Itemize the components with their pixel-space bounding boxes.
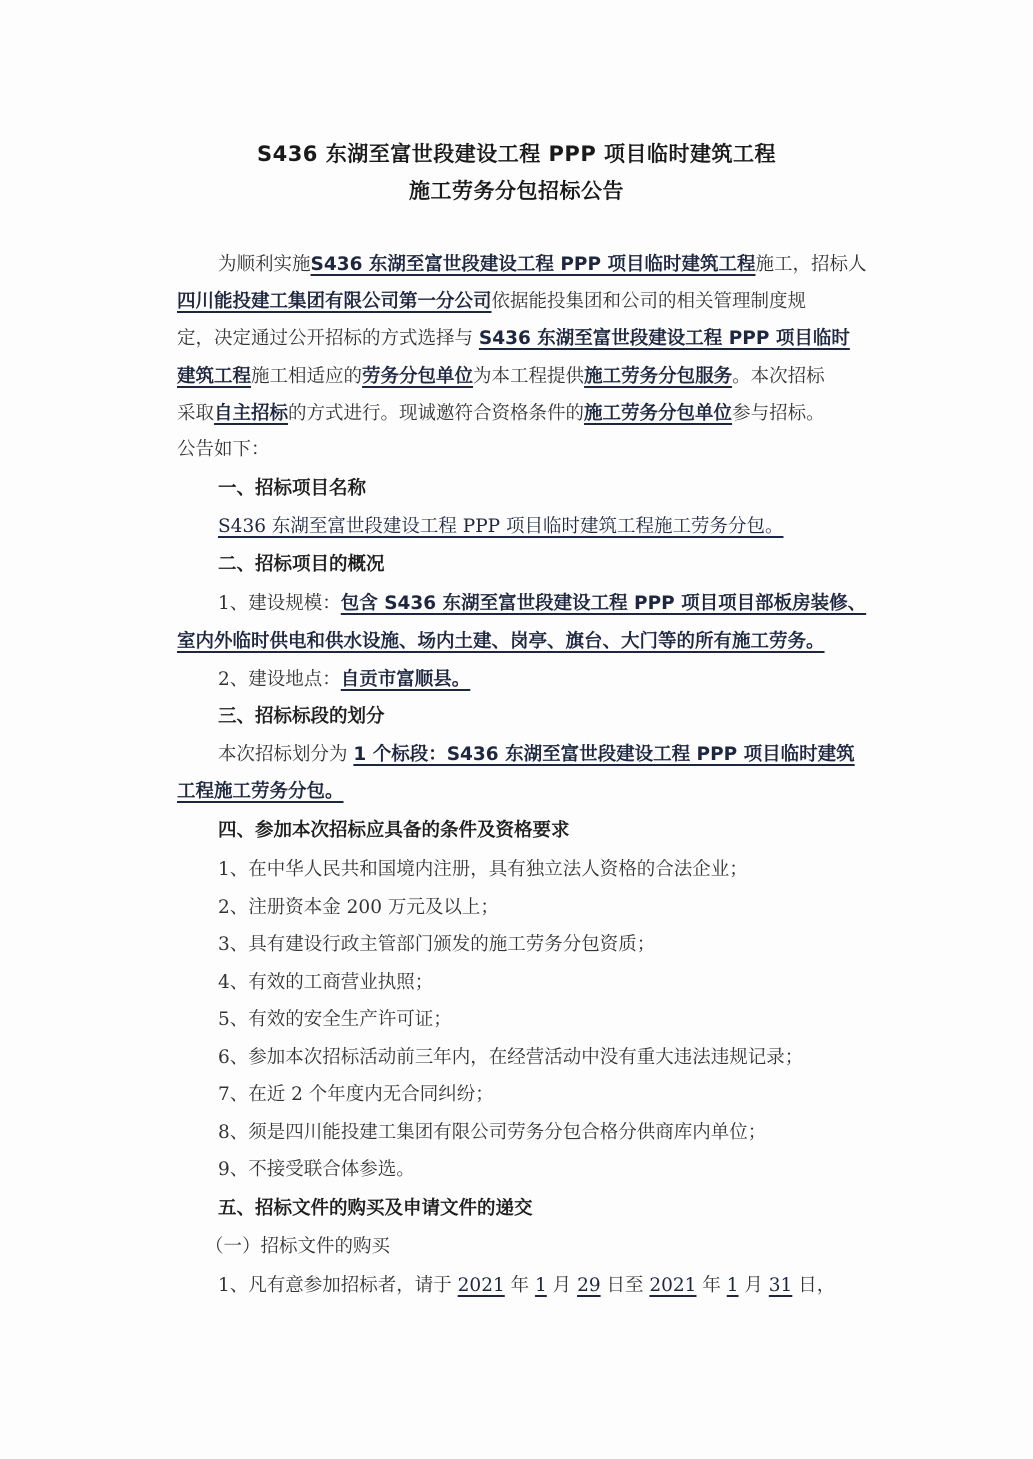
end-day: 31 (769, 1275, 793, 1296)
text: 月 (547, 1275, 577, 1296)
text: 年 (696, 1275, 726, 1296)
text: 1、凡有意参加招标者，请于 (218, 1275, 458, 1296)
requirement-item: 4、有效的工商营业执照； (218, 970, 898, 996)
text: 定，决定通过公开招标的方式选择与 (177, 328, 479, 349)
start-day: 29 (577, 1275, 601, 1296)
requirement-item: 2、注册资本金 200 万元及以上； (218, 895, 898, 921)
section-3-text: 本次招标划分为 1 个标段：S436 东湖至富世段建设工程 PPP 项目临时建筑 (218, 742, 898, 768)
document-title-line1: S436 东湖至富世段建设工程 PPP 项目临时建筑工程 (0, 138, 1033, 168)
project-name-underlined: S436 东湖至富世段建设工程 PPP 项目临时 (479, 328, 850, 349)
text: 工程施工劳务分包。 (177, 781, 344, 802)
intro-line-5: 采取自主招标的方式进行。现诚邀符合资格条件的施工劳务分包单位参与招标。 (177, 401, 897, 427)
start-month: 1 (535, 1275, 547, 1296)
requirement-item: 9、不接受联合体参选。 (218, 1157, 898, 1183)
text: 1 个标段：S436 东湖至富世段建设工程 PPP 项目临时建筑 (353, 744, 854, 765)
text: 2、建设地点： (218, 669, 341, 690)
text: S436 东湖至富世段建设工程 PPP 项目临时建筑工程施工劳务分包。 (218, 516, 783, 537)
section-5-sub-1: （一）招标文件的购买 (205, 1234, 925, 1260)
project-name-underlined: S436 东湖至富世段建设工程 PPP 项目临时建筑工程 (311, 254, 756, 275)
text: 施工劳务分包单位 (584, 403, 732, 424)
text: 室内外临时供电和供水设施、场内土建、岗亭、旗台、大门等的所有施工劳务。 (177, 631, 825, 652)
text: 日至 (601, 1275, 650, 1296)
requirement-item: 5、有效的安全生产许可证； (218, 1007, 898, 1033)
text: 1、建设规模： (218, 593, 341, 614)
intro-line-6: 公告如下： (177, 437, 897, 463)
section-2-heading: 二、招标项目的概况 (218, 552, 898, 578)
section-4-heading: 四、参加本次招标应具备的条件及资格要求 (218, 818, 898, 844)
section-5-heading: 五、招标文件的购买及申请文件的递交 (218, 1196, 898, 1222)
requirement-item: 1、在中华人民共和国境内注册，具有独立法人资格的合法企业； (218, 857, 898, 883)
text: 为本工程提供 (473, 366, 584, 387)
section-2-location: 2、建设地点：自贡市富顺县。 (218, 667, 898, 693)
text: 施工相适应的 (251, 366, 362, 387)
start-year: 2021 (458, 1275, 505, 1296)
text: 日， (792, 1275, 835, 1296)
requirement-item: 7、在近 2 个年度内无合同纠纷； (218, 1082, 898, 1108)
text: 。本次招标 (732, 366, 825, 387)
text: 自贡市富顺县。 (341, 669, 471, 690)
tenderer-name: 四川能投建工集团有限公司第一分公司 (177, 291, 492, 312)
end-month: 1 (727, 1275, 739, 1296)
section-1-heading: 一、招标项目名称 (218, 476, 898, 502)
text: 施工，招标人 (755, 254, 866, 275)
text: 劳务分包单位 (362, 366, 473, 387)
text: 施工劳务分包服务 (584, 366, 732, 387)
text: 月 (739, 1275, 769, 1296)
text: 为顺利实施 (218, 254, 311, 275)
section-5-item-1: 1、凡有意参加招标者，请于 2021 年 1 月 29 日至 2021 年 1 … (218, 1273, 898, 1299)
section-3-heading: 三、招标标段的划分 (218, 704, 898, 730)
section-3-text-cont: 工程施工劳务分包。 (177, 779, 897, 805)
text: 依据能投集团和公司的相关管理制度规 (492, 291, 807, 312)
end-year: 2021 (649, 1275, 696, 1296)
intro-line-3: 定，决定通过公开招标的方式选择与 S436 东湖至富世段建设工程 PPP 项目临… (177, 326, 897, 352)
text: 的方式进行。现诚邀符合资格条件的 (288, 403, 584, 424)
text: 建筑工程 (177, 366, 251, 387)
document-title-line2: 施工劳务分包招标公告 (0, 175, 1033, 205)
text: 本次招标划分为 (218, 744, 353, 765)
text: 包含 S436 东湖至富世段建设工程 PPP 项目项目部板房装修、 (341, 593, 866, 614)
intro-line-2: 四川能投建工集团有限公司第一分公司依据能投集团和公司的相关管理制度规 (177, 289, 897, 315)
section-1-project-name: S436 东湖至富世段建设工程 PPP 项目临时建筑工程施工劳务分包。 (218, 514, 898, 540)
requirement-item: 6、参加本次招标活动前三年内，在经营活动中没有重大违法违规记录； (218, 1045, 898, 1071)
requirement-item: 3、具有建设行政主管部门颁发的施工劳务分包资质； (218, 932, 898, 958)
text: 参与招标。 (732, 403, 825, 424)
requirement-item: 8、须是四川能投建工集团有限公司劳务分包合格分供商库内单位； (218, 1120, 898, 1146)
text: 年 (505, 1275, 535, 1296)
section-2-scale: 1、建设规模：包含 S436 东湖至富世段建设工程 PPP 项目项目部板房装修、 (218, 591, 898, 617)
section-2-scale-cont: 室内外临时供电和供水设施、场内土建、岗亭、旗台、大门等的所有施工劳务。 (177, 629, 897, 655)
text: 采取 (177, 403, 214, 424)
text: 自主招标 (214, 403, 288, 424)
intro-line-1: 为顺利实施S436 东湖至富世段建设工程 PPP 项目临时建筑工程施工，招标人 (218, 252, 898, 278)
intro-line-4: 建筑工程施工相适应的劳务分包单位为本工程提供施工劳务分包服务。本次招标 (177, 364, 897, 390)
